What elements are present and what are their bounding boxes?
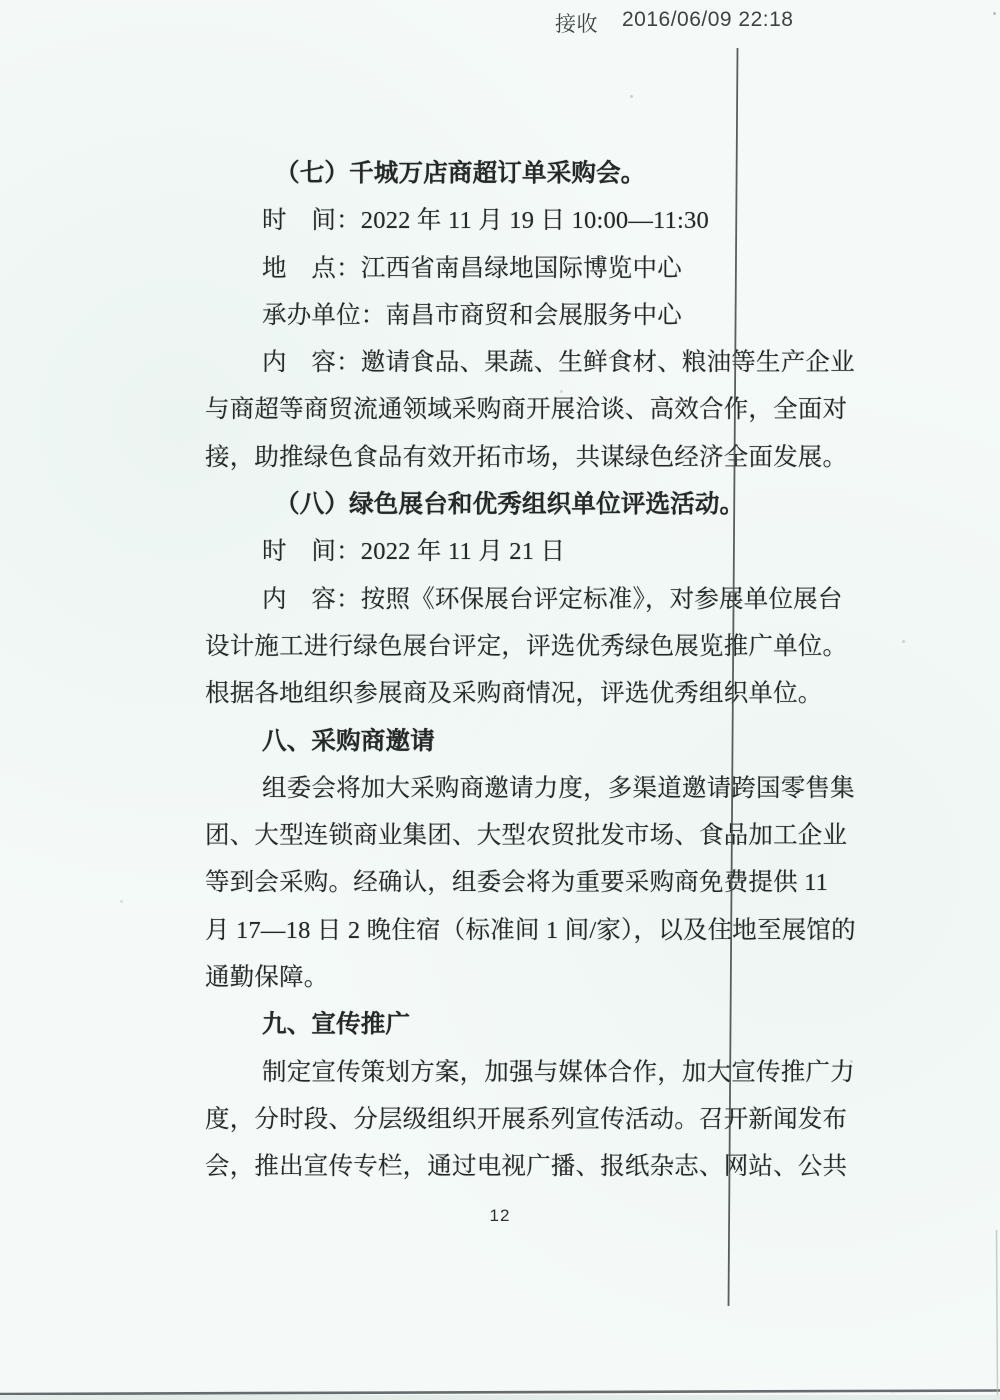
page-number: 12 bbox=[0, 1206, 1000, 1226]
fax-receive-stamp: 接收 2016/06/09 22:18 bbox=[555, 8, 794, 38]
text-line: 通勤保障。 bbox=[205, 954, 885, 1001]
text-line: 度，分时段、分层级组织开展系列宣传活动。召开新闻发布 bbox=[205, 1096, 885, 1143]
text-line: 时 间：2022 年 11 月 21 日 bbox=[262, 528, 885, 575]
text-line: 地 点：江西省南昌绿地国际博览中心 bbox=[262, 245, 885, 292]
text-line: 与商超等商贸流通领域采购商开展洽谈、高效合作，全面对 bbox=[205, 386, 885, 433]
text-line: 会，推出宣传专栏，通过电视广播、报纸杂志、网站、公共 bbox=[205, 1143, 885, 1190]
text-line: 接，助推绿色食品有效开拓市场，共谋绿色经济全面发展。 bbox=[205, 434, 885, 481]
scanned-fax-page: { "fax_header": { "received_label": "接收"… bbox=[0, 0, 1000, 1400]
text-line: 九、宣传推广 bbox=[262, 1001, 885, 1048]
text-line: 八、采购商邀请 bbox=[262, 718, 885, 765]
text-line: 月 17—18 日 2 晚住宿（标准间 1 间/家），以及住地至展馆的 bbox=[205, 907, 885, 954]
text-line: 内 容：按照《环保展台评定标准》，对参展单位展台 bbox=[262, 576, 885, 623]
text-line: 时 间：2022 年 11 月 19 日 10:00—11:30 bbox=[262, 197, 885, 244]
text-line: 制定宣传策划方案，加强与媒体合作，加大宣传推广力 bbox=[262, 1049, 885, 1096]
text-line: 根据各地组织参展商及采购商情况，评选优秀组织单位。 bbox=[205, 670, 885, 717]
text-line: 等到会采购。经确认，组委会将为重要采购商免费提供 11 bbox=[205, 859, 885, 906]
scan-noise-specks bbox=[993, 12, 996, 15]
text-line: 团、大型连锁商业集团、大型农贸批发市场、食品加工企业 bbox=[205, 812, 885, 859]
text-line: （八）绿色展台和优秀组织单位评选活动。 bbox=[275, 481, 885, 528]
text-line: 组委会将加大采购商邀请力度，多渠道邀请跨国零售集 bbox=[262, 765, 885, 812]
scan-artifact-bottom-edge-line bbox=[0, 1391, 1000, 1395]
scan-artifact-right-edge-line bbox=[997, 1230, 998, 1400]
document-lines: （七）千城万店商超订单采购会。时 间：2022 年 11 月 19 日 10:0… bbox=[205, 150, 885, 1191]
fax-received-label: 接收 bbox=[555, 8, 598, 38]
text-line: 内 容：邀请食品、果蔬、生鲜食材、粮油等生产企业 bbox=[262, 339, 885, 386]
scan-bottom-band bbox=[0, 1395, 1000, 1400]
fax-received-datetime: 2016/06/09 22:18 bbox=[622, 8, 794, 38]
text-line: （七）千城万店商超订单采购会。 bbox=[275, 150, 885, 197]
text-line: 承办单位：南昌市商贸和会展服务中心 bbox=[262, 292, 885, 339]
text-line: 设计施工进行绿色展台评定，评选优秀绿色展览推广单位。 bbox=[205, 623, 885, 670]
